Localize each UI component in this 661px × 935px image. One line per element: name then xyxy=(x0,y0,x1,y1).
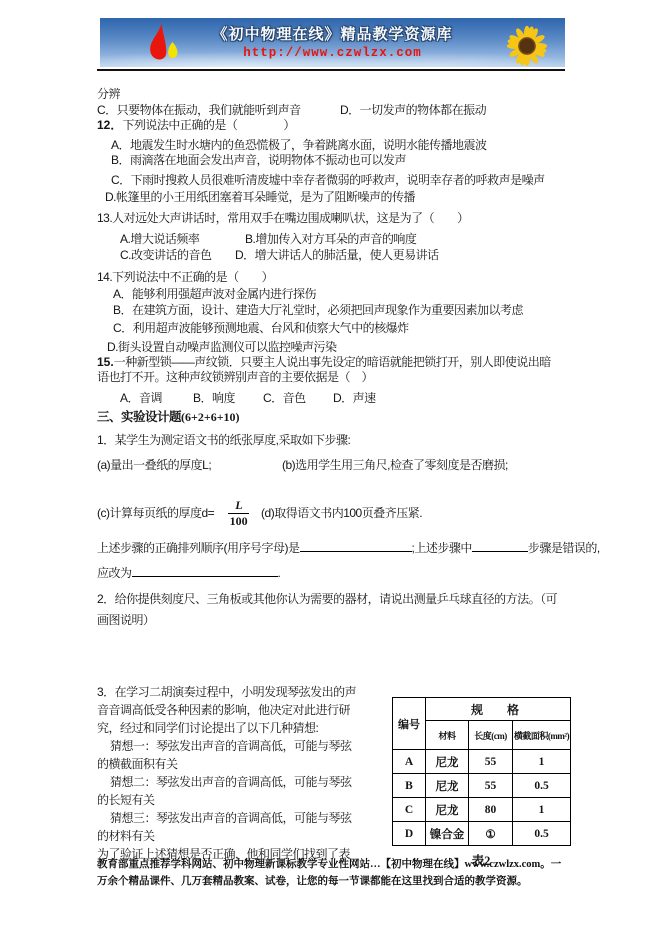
table-header-row: 编号 规 格 xyxy=(393,698,571,721)
exp-q1-steps-cd: (c)计算每页纸的厚度d= L 100 (d)取得语文书内100页叠齐压紧. xyxy=(97,488,569,538)
q3-line: 的材料有关 xyxy=(97,827,409,845)
cell-material: 镍合金 xyxy=(426,822,469,846)
q13-options-cd: C.改变讲话的音色D．增大讲话人的肺活量，使人更易讲话 xyxy=(97,248,569,270)
fix-text-1: 应改为 xyxy=(97,566,132,580)
exp-q2-line1: 2．给你提供刻度尺、三角板或其他你认为需要的器材，请说出测量乒乓球直径的方法。（… xyxy=(97,592,569,613)
subheader-length: 长度(cm) xyxy=(469,721,513,750)
q13-option-d: D．增大讲话人的肺活量，使人更易讲话 xyxy=(235,248,439,262)
exp-q1-step-d: (d)取得语文书内100页叠齐压紧. xyxy=(261,506,422,521)
q14-option-b: B．在建筑方面，设计、建造大厅礼堂时，必须把回声现象作为重要因素加以考虑 xyxy=(97,303,569,321)
col-header-spec: 规 格 xyxy=(426,698,571,721)
site-title: 《初中物理在线》精品教学资源库 xyxy=(100,23,565,44)
table-row: B 尼龙 55 0.5 xyxy=(393,774,571,798)
q3-line: 究，经过和同学们讨论提出了以下几种猜想: xyxy=(97,719,409,737)
cell-id: D xyxy=(393,822,426,846)
table-row: A 尼龙 55 1 xyxy=(393,750,571,774)
q3-line: 猜想三：琴弦发出声音的音调高低，可能与琴弦 xyxy=(97,809,409,827)
exp-q1-steps-ab: (a)量出一叠纸的厚度L;(b)选用学生用三角尺,检查了零刻度是否磨损; xyxy=(97,458,569,488)
q12-stem-text: 下列说法中正确的是（ ） xyxy=(122,118,295,132)
worksheet-page: 《初中物理在线》精品教学资源库 http://www.czwlzx.com xyxy=(0,0,661,935)
q3-line: 的长短有关 xyxy=(97,791,409,809)
exp-q1-step-c: (c)计算每页纸的厚度d= xyxy=(97,506,214,521)
banner-text-block: 《初中物理在线》精品教学资源库 http://www.czwlzx.com xyxy=(100,23,565,60)
q14-option-a: A．能够利用强超声波对金属内进行探伤 xyxy=(97,287,569,303)
q12-option-b: B．雨滴落在地面会发出声音，说明物体不振动也可以发声 xyxy=(97,153,569,173)
spec-table-block: 编号 规 格 材料 长度(cm) 横截面积(mm²) A 尼龙 55 1 B 尼… xyxy=(392,697,571,869)
exp-q1-fix-line: 应改为. xyxy=(97,563,569,592)
cell-length: 55 xyxy=(469,774,513,798)
cell-id: B xyxy=(393,774,426,798)
q15-option-a: A．音调 xyxy=(120,391,193,406)
q15-option-d: D．声速 xyxy=(333,391,376,405)
q15-stem-text1: 一种新型锁——声纹锁．只要主人说出事先设定的暗语就能把锁打开，别人即使说出暗 xyxy=(114,355,551,369)
banner-divider xyxy=(97,69,565,71)
fix-blank[interactable] xyxy=(132,563,278,577)
string-spec-table: 编号 规 格 材料 长度(cm) 横截面积(mm²) A 尼龙 55 1 B 尼… xyxy=(392,697,571,846)
fraction-L-over-100: L 100 xyxy=(228,498,249,529)
sunflower-icon xyxy=(503,24,551,67)
section3-score: (6+2+6+10) xyxy=(181,410,240,424)
q12-option-d: D.帐篷里的小王用纸团塞着耳朵睡觉，是为了阻断噪声的传播 xyxy=(97,190,569,211)
q13-option-c: C.改变讲话的音色 xyxy=(120,248,235,263)
cell-id: A xyxy=(393,750,426,774)
subheader-material: 材料 xyxy=(426,721,469,750)
q12-number: 12． xyxy=(97,118,122,132)
order-blank-2[interactable] xyxy=(472,538,528,552)
cell-id: C xyxy=(393,798,426,822)
q11-options-cd: C．只要物体在振动，我们就能听到声音D．一切发声的物体都在振动 xyxy=(97,103,569,118)
fix-text-2: . xyxy=(278,566,281,580)
order-text-3: 步骤是错误的, xyxy=(528,541,600,555)
cell-length: 55 xyxy=(469,750,513,774)
worksheet-body: 分辨 C．只要物体在振动，我们就能听到声音D．一切发声的物体都在振动 12．下列… xyxy=(97,87,569,633)
q12-stem: 12．下列说法中正确的是（ ） xyxy=(97,118,569,138)
site-banner: 《初中物理在线》精品教学资源库 http://www.czwlzx.com xyxy=(100,18,565,67)
cell-area: 1 xyxy=(513,798,571,822)
q3-line: 猜想一：琴弦发出声音的音调高低，可能与琴弦 xyxy=(97,737,409,755)
cell-material: 尼龙 xyxy=(426,750,469,774)
q15-options: A．音调B．响度C．音色D．声速 xyxy=(97,391,569,410)
q13-option-b: B.增加传入对方耳朵的声音的响度 xyxy=(245,232,416,246)
order-text-2: ;上述步骤中 xyxy=(412,541,472,555)
exp-q2-line2: 画图说明） xyxy=(97,613,569,633)
table-row: C 尼龙 80 1 xyxy=(393,798,571,822)
q11-fragment: 分辨 xyxy=(97,87,569,103)
q3-line: 3．在学习二胡演奏过程中，小明发现琴弦发出的声 xyxy=(97,683,409,701)
footer-promo-text: 教育部重点推荐学科网站、初中物理新课标教学专业性网站…【初中物理在线】www.c… xyxy=(97,857,567,890)
q12-option-c: C．下雨时搜救人员很难听清废墟中幸存者微弱的呼救声，说明幸存者的呼救声是噪声 xyxy=(97,173,569,190)
q14-option-d: D.街头设置自动噪声监测仪可以监控噪声污染 xyxy=(97,340,569,355)
section3-heading: 三、实验设计题(6+2+6+10) xyxy=(97,410,569,433)
section3-title: 三、实验设计题 xyxy=(97,410,181,424)
fraction-denominator: 100 xyxy=(230,514,248,529)
q15-number: 15. xyxy=(97,355,114,369)
cell-length: 80 xyxy=(469,798,513,822)
q15-option-b: B．响度 xyxy=(193,391,263,406)
order-text-1: 上述步骤的正确排列顺序(用序号字母)是 xyxy=(97,541,300,555)
cell-material: 尼龙 xyxy=(426,798,469,822)
q3-line: 的横截面积有关 xyxy=(97,755,409,773)
q14-stem: 14.下列说法中不正确的是（ ） xyxy=(97,270,569,287)
q11-option-c: C．只要物体在振动，我们就能听到声音 xyxy=(97,103,340,118)
cell-material: 尼龙 xyxy=(426,774,469,798)
q13-stem: 13.人对远处大声讲话时，常用双手在嘴边围成喇叭状，这是为了（ ） xyxy=(97,211,569,232)
exp-q3-text: 3．在学习二胡演奏过程中，小明发现琴弦发出的声 音音调高低受各种因素的影响，他决… xyxy=(97,683,409,863)
q12-option-a: A．地震发生时水塘内的鱼恐慌极了，争着跳离水面，说明水能传播地震波 xyxy=(97,138,569,153)
fraction-numerator: L xyxy=(228,498,249,514)
col-header-id: 编号 xyxy=(393,698,426,750)
q15-stem-line2: 语也打不开。这种声纹锁辨别声音的主要依据是（ ） xyxy=(97,370,569,391)
table-row: D 镍合金 ① 0.5 xyxy=(393,822,571,846)
cell-area: 1 xyxy=(513,750,571,774)
exp-q1-order-line: 上述步骤的正确排列顺序(用序号字母)是;上述步骤中步骤是错误的, xyxy=(97,538,569,563)
cell-area: 0.5 xyxy=(513,774,571,798)
exp-q1-step-b: (b)选用学生用三角尺,检查了零刻度是否磨损; xyxy=(282,458,508,472)
order-blank-1[interactable] xyxy=(300,538,412,552)
q13-options-ab: A.增大说话频率B.增加传入对方耳朵的声音的响度 xyxy=(97,232,569,248)
cell-area: 0.5 xyxy=(513,822,571,846)
q13-option-a: A.增大说话频率 xyxy=(120,232,245,247)
cell-length: ① xyxy=(469,822,513,846)
exp-q1-step-a: (a)量出一叠纸的厚度L; xyxy=(97,458,282,473)
site-url[interactable]: http://www.czwlzx.com xyxy=(100,46,565,60)
q15-stem-line1: 15.一种新型锁——声纹锁．只要主人说出事先设定的暗语就能把锁打开，别人即使说出… xyxy=(97,355,569,370)
q11-option-d: D．一切发声的物体都在振动 xyxy=(340,103,486,117)
q14-option-c: C．利用超声波能够预测地震、台风和侦察大气中的核爆炸 xyxy=(97,321,569,340)
exp-q1-stem: 1．某学生为测定语文书的纸张厚度,采取如下步骤: xyxy=(97,433,569,458)
subheader-area: 横截面积(mm²) xyxy=(513,721,571,750)
q3-line: 猜想二：琴弦发出声音的音调高低，可能与琴弦 xyxy=(97,773,409,791)
q15-option-c: C．音色 xyxy=(263,391,333,406)
q3-line: 音音调高低受各种因素的影响，他决定对此进行研 xyxy=(97,701,409,719)
